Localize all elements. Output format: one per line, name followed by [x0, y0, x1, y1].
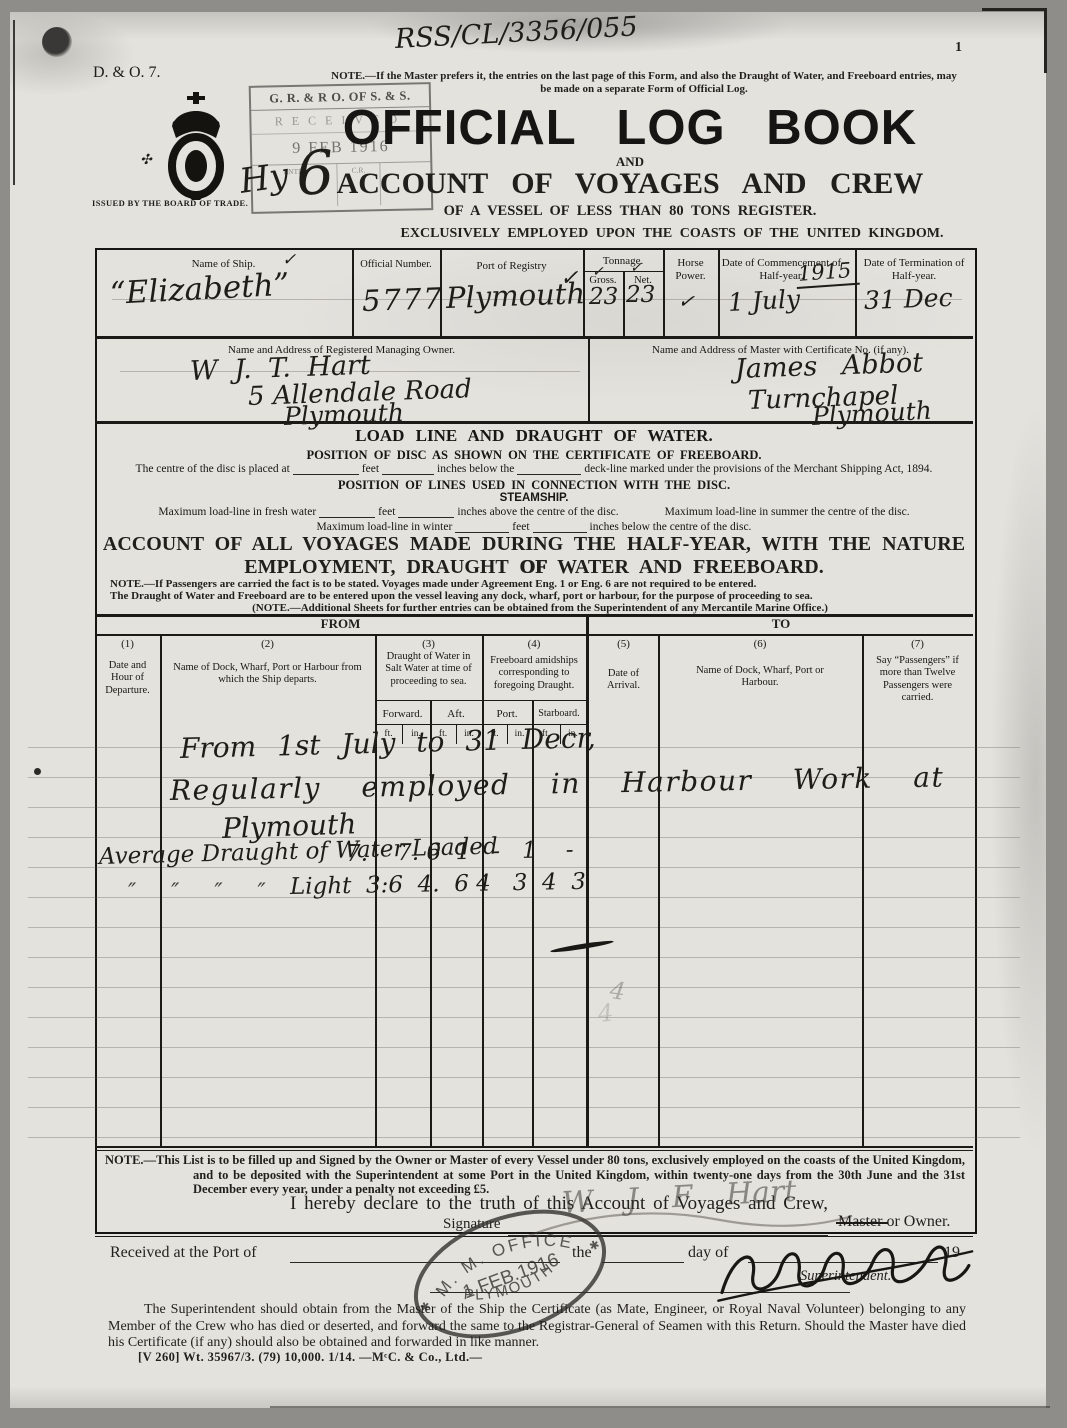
- account-heading-2: EMPLOYMENT, DRAUGHT OF WATER AND FREEBOA…: [95, 556, 973, 579]
- tick-mark: ✓: [630, 260, 642, 276]
- scanned-log-book-page: RSS/CL/3356/055 1 D. & O. 7. NOTE.—If th…: [0, 0, 1067, 1428]
- load-line-sub2: POSITION OF LINES USED IN CONNECTION WIT…: [95, 478, 973, 493]
- col7-number: (7): [862, 638, 973, 651]
- col2-label: Name of Dock, Wharf, Port or Harbour fro…: [172, 662, 363, 687]
- load-line-centre-row: The centre of the disc is placed at feet…: [95, 463, 973, 475]
- corner-mark-top-right: [982, 8, 1047, 73]
- header-official-number: Official Number.: [354, 259, 438, 271]
- col4-number: (4): [482, 638, 586, 651]
- horse-power-tick: ✓: [677, 288, 696, 314]
- pencil-mark: 4: [597, 998, 615, 1027]
- gross-tonnage-value: 23: [589, 284, 618, 310]
- received-prefix: Received at the Port of: [110, 1244, 257, 1262]
- col3-number: (3): [375, 638, 482, 651]
- col6-number: (6): [658, 638, 862, 651]
- subtitle: ACCOUNT OF VOYAGES AND CREW: [290, 167, 970, 201]
- starboard-label: Starboard.: [532, 708, 586, 720]
- termination-value: 31 Dec: [863, 283, 953, 315]
- aft-label: Aft.: [430, 708, 482, 721]
- col7-label: Say “Passengers” if more than Twelve Pas…: [866, 655, 969, 705]
- col5-label: Date of Arrival.: [591, 668, 656, 693]
- commencement-value: 1 July: [727, 284, 801, 317]
- load-line-title: LOAD LINE AND DRAUGHT OF WATER.: [95, 426, 973, 446]
- superintendent-paragraph: The Superintendent should obtain from th…: [108, 1302, 966, 1352]
- punch-hole: [42, 27, 72, 57]
- col5-number: (5): [589, 638, 658, 651]
- board-label: ISSUED BY THE BOARD OF TRADE.: [92, 198, 248, 208]
- forward-label: Forward.: [375, 708, 430, 721]
- avg-draught-values: 7. 7. 6 1 - 1 -: [346, 837, 574, 867]
- stamp-initials: Hy: [237, 155, 291, 201]
- load-line-sub1: POSITION OF DISC AS SHOWN ON THE CERTIFI…: [95, 448, 973, 463]
- col1-label: Date and Hour of Departure.: [97, 660, 158, 697]
- board-of-trade-crown-icon: [152, 92, 240, 200]
- page-number: 1: [955, 40, 962, 56]
- steamship-label: STEAMSHIP.: [95, 492, 973, 504]
- from-header: FROM: [95, 616, 586, 632]
- load-line-winter-row: Maximum load-line in winter feet inches …: [95, 521, 973, 533]
- bottom-note: NOTE.—This List is to be filled up and S…: [105, 1153, 965, 1197]
- load-line-fresh-row: Maximum load-line in fresh water feet in…: [95, 506, 973, 518]
- col6-label: Name of Dock, Wharf, Port or Harbour.: [690, 665, 830, 690]
- header-horse-power: Horse Power.: [665, 257, 716, 283]
- ditto-marks: ″ ″ ″ ″: [128, 880, 266, 905]
- official-number-value: 5777: [361, 281, 444, 318]
- commencement-year-value: 1915: [795, 258, 860, 289]
- small-cross-mark: ✣: [140, 152, 152, 168]
- paper-edge-bottom: [270, 1406, 1050, 1408]
- col3-label: Draught of Water in Salt Water at time o…: [378, 651, 479, 688]
- stamp-star-right: ✱: [587, 1237, 601, 1254]
- master-name: James Abbot: [734, 347, 923, 385]
- title-line3: OF A VESSEL OF LESS THAN 80 TONS REGISTE…: [290, 203, 970, 220]
- header-termination: Date of Termination of Half-year.: [857, 257, 971, 283]
- tick-mark: ✓: [592, 264, 604, 280]
- port-label: Port.: [482, 708, 532, 721]
- account-note-3: (NOTE.—Additional Sheets for further ent…: [110, 602, 970, 614]
- light-draught-values: Light 3:6 4. 6 4 3 4 3: [290, 869, 586, 900]
- printer-imprint: [V 260] Wt. 35967/3. (79) 10,000. 1/14. …: [138, 1350, 482, 1365]
- paper-edge-left: [13, 20, 15, 185]
- col2-number: (2): [160, 638, 375, 651]
- tick-mark: ✓: [560, 266, 578, 291]
- main-title: OFFICIAL LOG BOOK: [290, 100, 970, 156]
- form-code: D. & O. 7.: [93, 64, 161, 82]
- account-note-1: NOTE.—If Passengers are carried the fact…: [110, 578, 970, 590]
- net-tonnage-value: 23: [626, 282, 655, 308]
- account-note-2: The Draught of Water and Freeboard are t…: [110, 590, 970, 602]
- to-header: TO: [589, 616, 973, 632]
- title-line4: EXCLUSIVELY EMPLOYED UPON THE COASTS OF …: [352, 226, 992, 242]
- col1-number: (1): [95, 638, 160, 651]
- col4-label: Freeboard amidships corresponding to for…: [485, 655, 583, 692]
